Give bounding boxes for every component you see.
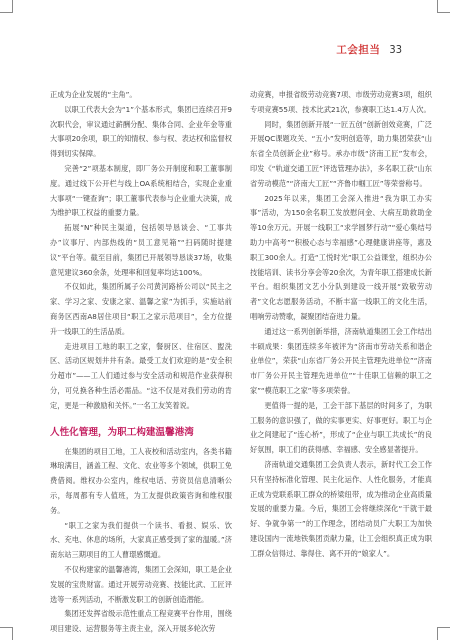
right-column: 动竞赛，申报省级劳动竞赛7项、市级劳动竞赛3项，组织专项竞赛55项、技术比武21… bbox=[250, 88, 432, 637]
paragraph: 更值得一提的是，工会干部下基层的时间多了，为职工服务的意识强了，做的实事更实、好… bbox=[250, 399, 432, 458]
paragraph: 集团还发挥省级示范性重点工程竞赛平台作用，围绕项目建设、运营服务等主责主业，深入… bbox=[50, 607, 232, 637]
paragraph: 不仅构建家的温馨港湾，集团工会深知，职工是企业发展的宝贵财富。通过开展劳动竞赛、… bbox=[50, 563, 232, 607]
paragraph: 在集团的项目工地，工人夜校和活动室内，各类书籍琳琅满目，涵盖工程、文化、农业等多… bbox=[50, 445, 232, 519]
paragraph: 正成为企业发展的“主角”。 bbox=[50, 88, 232, 103]
paragraph: 动竞赛，申报省级劳动竞赛7项、市级劳动竞赛3项，组织专项竞赛55项、技术比武21… bbox=[250, 88, 432, 118]
crop-mark-top-right bbox=[437, 0, 450, 13]
paragraph: 以职工代表大会为“1”个基本形式，集团已连续召开9次职代会，审议通过薪酬分配、集… bbox=[50, 103, 232, 162]
left-column: 正成为企业发展的“主角”。 以职工代表大会为“1”个基本形式，集团已连续召开9次… bbox=[50, 88, 232, 637]
page-number: 33 bbox=[389, 43, 402, 56]
paragraph: 同时，集团创新开展“一匠五创”创新创效竞赛，广泛开展QC课题攻关、“五小”发明创… bbox=[250, 118, 432, 192]
crop-mark-bottom-left bbox=[0, 627, 13, 640]
paragraph: 通过这一系列创新举措，济南轨道集团工会工作结出丰硕成果：集团连续多年被评为“济南… bbox=[250, 325, 432, 399]
section-heading: 人性化管理，为职工构建温馨港湾 bbox=[50, 426, 232, 440]
paragraph: 走进项目工地的职工之家，餐厨区、住宿区、盥洗区、活动区规划井井有条。最受工友们欢… bbox=[50, 340, 232, 414]
crop-mark-bottom-right bbox=[437, 627, 450, 640]
paragraph: 完善“2”项基本制度，即厂务公开制度和职工董事制度。通过线下公开栏与线上OA系统… bbox=[50, 162, 232, 221]
crop-mark-top-left bbox=[0, 0, 13, 13]
paragraph: “职工之家为我们提供一个读书、看报、娱乐、饮水、充电、休息的场所，大家真正感受到… bbox=[50, 519, 232, 563]
article-body: 正成为企业发展的“主角”。 以职工代表大会为“1”个基本形式，集团已连续召开9次… bbox=[50, 88, 432, 637]
paragraph: 2025年以来，集团工会深入推进“我为职工办实事”活动，为150余名职工发放慰问… bbox=[250, 192, 432, 325]
running-header: 工会担当 33 bbox=[336, 42, 402, 57]
section-title: 工会担当 bbox=[336, 42, 380, 57]
paragraph: 拓展“N”种民主渠道，包括领导恳谈会、“工事共办”议事厅、内部热线的“员工意见箱… bbox=[50, 221, 232, 280]
paragraph: 济南轨道交通集团工会负责人表示，新时代工会工作只有坚持标准化管理、民主化运作、人… bbox=[250, 458, 432, 562]
paragraph: 不仅如此，集团所属子公司黄河路桥公司以“民主之家、学习之家、安康之家、温馨之家”… bbox=[50, 280, 232, 339]
